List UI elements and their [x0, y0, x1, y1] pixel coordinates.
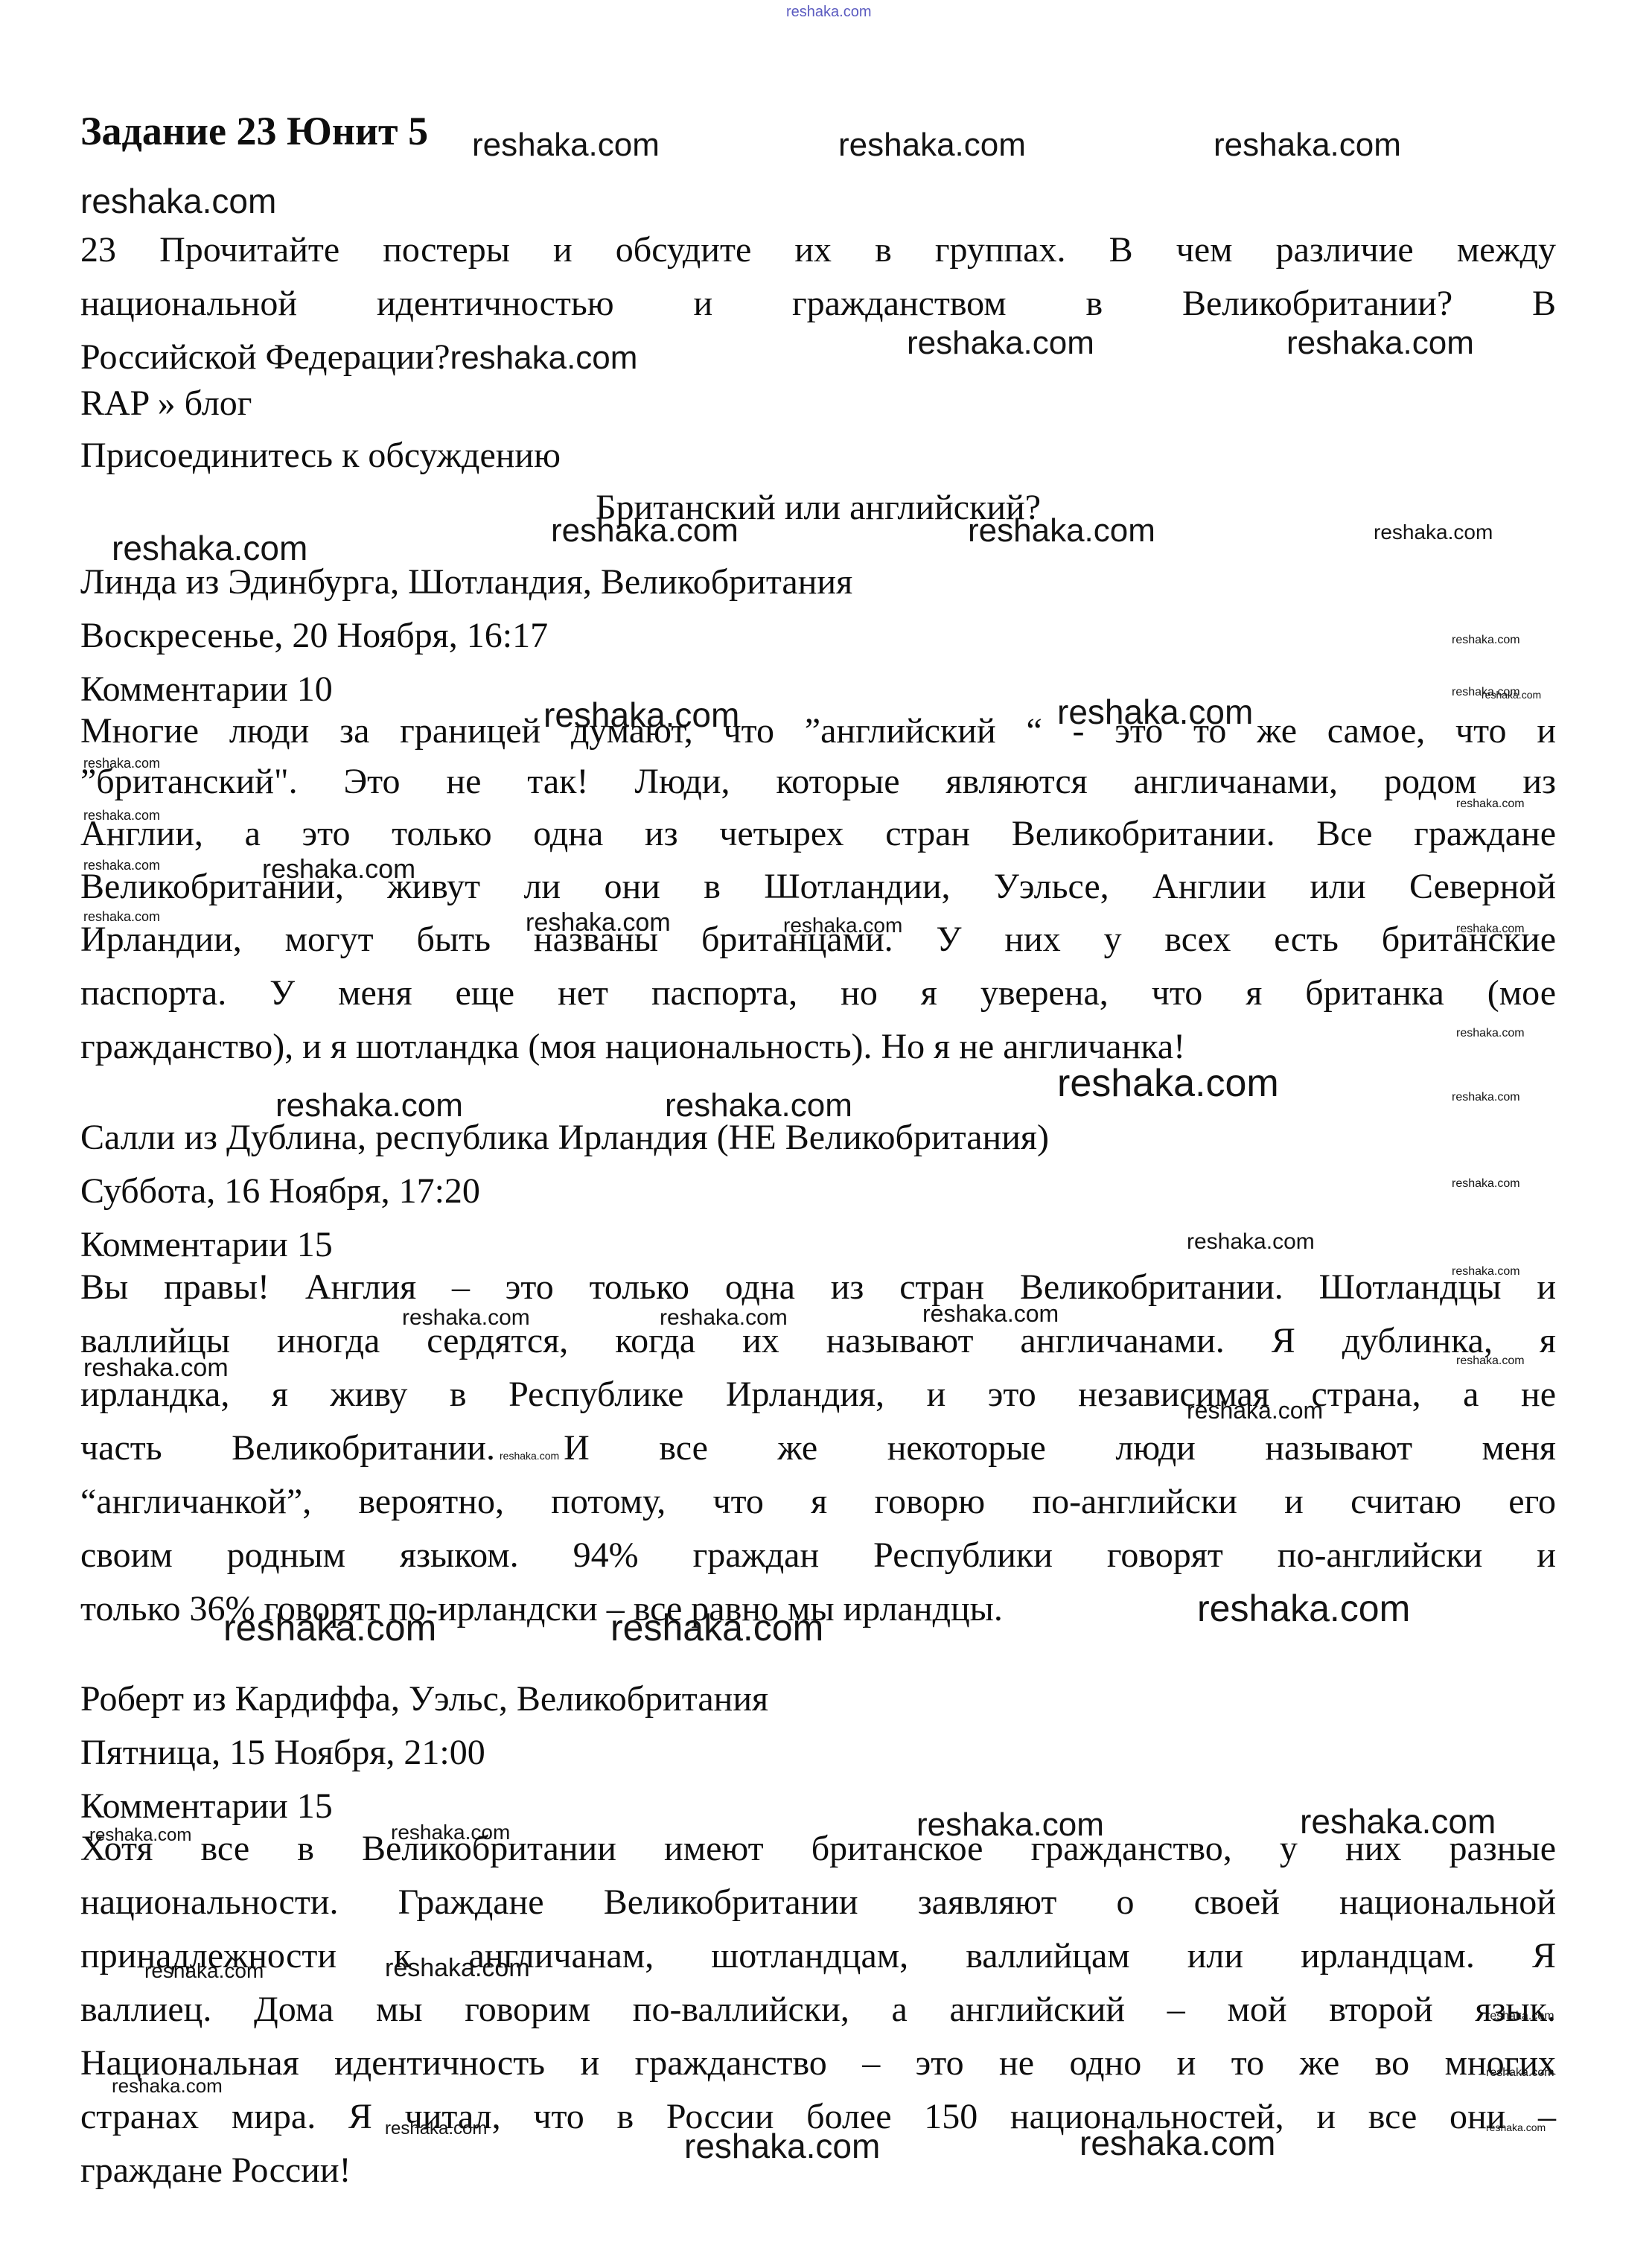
post-body-line: часть Великобритании.reshaka.comИ все же… [80, 1421, 1556, 1483]
post-body-line: “англичанкой”, вероятно, потому, что я г… [80, 1475, 1556, 1529]
post-body-line: ирландка, я живу в Республике Ирландия, … [80, 1368, 1556, 1421]
page-title: Задание 23 Юнит 5 [80, 109, 428, 153]
watermark: reshaka.com [385, 1955, 530, 1982]
watermark: reshaka.com [1486, 2122, 1546, 2133]
post-body-line: своим родным языком. 94% граждан Республ… [80, 1529, 1556, 1582]
watermark: reshaka.com [83, 859, 160, 873]
watermark: reshaka.com [495, 1450, 564, 1462]
watermark: reshaka.com [80, 183, 276, 219]
post-author: Линда из Эдинбурга, Шотландия, Великобри… [80, 555, 1556, 609]
watermark: reshaka.com [526, 910, 671, 937]
watermark: reshaka.com [83, 757, 160, 771]
post-date: Суббота, 16 Ноября, 17:20 [80, 1165, 1556, 1218]
watermark: reshaka.com [610, 1608, 823, 1648]
post-body-text: И все же некоторые люди называют меня [564, 1428, 1556, 1468]
post-body-line: национальности. Граждане Великобритании … [80, 1876, 1556, 1929]
post-date: Воскресенье, 20 Ноября, 16:17 [80, 609, 1556, 663]
watermark: reshaka.com [1486, 2010, 1554, 2023]
watermark: reshaka.com [1374, 521, 1493, 543]
watermark: reshaka.com [1057, 1063, 1279, 1104]
watermark: reshaka.com [1187, 1230, 1315, 1254]
watermark: reshaka.com [83, 809, 160, 823]
task-line: национальной идентичностью и гражданство… [80, 277, 1556, 331]
watermark: reshaka.com [1456, 1028, 1525, 1040]
watermark: reshaka.com [1452, 1178, 1520, 1191]
post-body-line: ”британский". Это не так! Люди, которые … [80, 755, 1556, 809]
watermark: reshaka.com [1456, 798, 1525, 811]
watermark: reshaka.com [1452, 1092, 1520, 1104]
task-line-text: Российской Федерации? [80, 337, 450, 377]
watermark: reshaka.com [1187, 1398, 1323, 1424]
watermark: reshaka.com [262, 855, 415, 883]
watermark: reshaka.com [1456, 923, 1525, 936]
post-body-line: валлийцы иногда сердятся, когда их назыв… [80, 1314, 1556, 1368]
watermark: reshaka.com [1456, 1355, 1525, 1368]
watermark: reshaka.com [1214, 128, 1401, 162]
blog-join-text: Присоединитесь к обсуждению [80, 429, 1556, 483]
watermark: reshaka.com [907, 326, 1094, 360]
watermark: reshaka.com [450, 340, 638, 376]
post-body-line: валлиец. Дома мы говорим по-валлийски, а… [80, 1983, 1556, 2037]
task-line: 23 Прочитайте постеры и обсудите их в гр… [80, 223, 1556, 277]
watermark: reshaka.com [786, 4, 872, 20]
post-body-line: Многие люди за границей думают, что ”анг… [80, 704, 1556, 758]
post-body-line: Хотя все в Великобритании имеют британск… [80, 1822, 1556, 1876]
watermark: reshaka.com [144, 1960, 264, 1981]
watermark: reshaka.com [1452, 634, 1520, 647]
post-author: Роберт из Кардиффа, Уэльс, Великобритани… [80, 1672, 1556, 1726]
watermark: reshaka.com [385, 2119, 487, 2138]
blog-breadcrumb: RAP » блог [80, 377, 1556, 430]
watermark: reshaka.com [1482, 690, 1541, 701]
post-body-line: Национальная идентичность и гражданство … [80, 2037, 1556, 2090]
watermark: reshaka.com [838, 128, 1026, 162]
watermark: reshaka.com [968, 514, 1155, 548]
watermark: reshaka.com [472, 128, 660, 162]
post-body-line: граждане России! [80, 2144, 1556, 2197]
watermark: reshaka.com [223, 1608, 436, 1648]
post-body-text: часть Великобритании. [80, 1428, 495, 1468]
watermark: reshaka.com [783, 914, 902, 936]
post-body-line: паспорта. У меня еще нет паспорта, но я … [80, 967, 1556, 1020]
post-body-line: Вы правы! Англия – это только одна из ст… [80, 1261, 1556, 1314]
watermark: reshaka.com [1286, 326, 1474, 360]
watermark: reshaka.com [83, 910, 160, 924]
post-body-line: принадлежности к англичанам, шотландцам,… [80, 1929, 1556, 1983]
post-date: Пятница, 15 Ноября, 21:00 [80, 1726, 1556, 1780]
watermark: reshaka.com [1486, 2067, 1554, 2080]
post-author: Салли из Дублина, республика Ирландия (Н… [80, 1111, 1556, 1165]
watermark: reshaka.com [1197, 1589, 1410, 1628]
watermark: reshaka.com [551, 514, 739, 548]
blog-topic-title: Британский или английский? [80, 481, 1556, 535]
post-body-line: гражданство), и я шотландка (моя национа… [80, 1020, 1556, 1074]
document-page: reshaka.com Задание 23 Юнит 5 reshaka.co… [0, 0, 1652, 2251]
